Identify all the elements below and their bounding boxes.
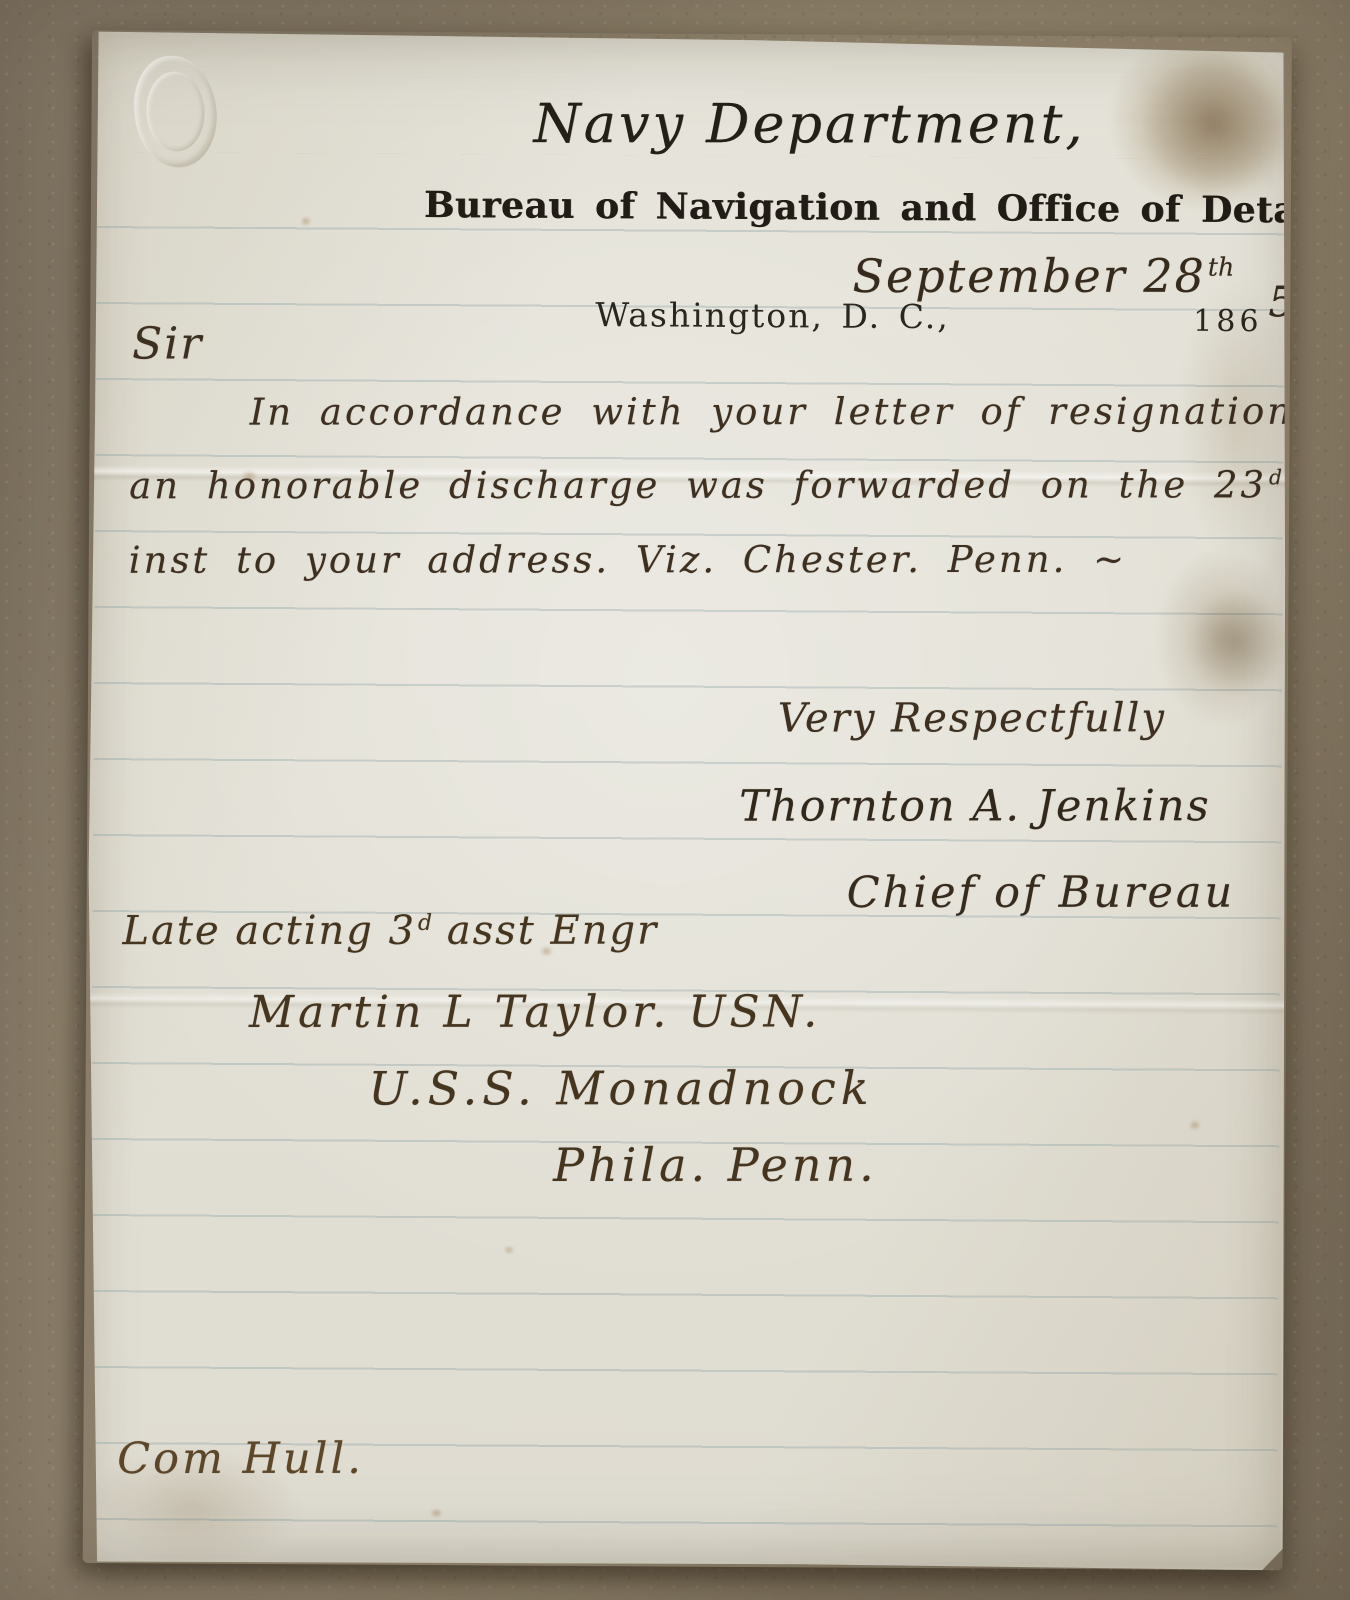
body-line-2-text: an honorable discharge was forwarded on … [129, 463, 1267, 507]
year-handwritten: 5 [1268, 277, 1295, 326]
photo-background: Navy Department, Bureau of Navigation an… [0, 0, 1350, 1600]
ink-flourish [1305, 302, 1331, 311]
handwritten-date: September 28th [852, 249, 1234, 303]
fox-spot [1187, 1119, 1202, 1132]
stain-right-middle [1146, 536, 1297, 737]
body-line-1: In accordance with your letter of resign… [250, 390, 1294, 434]
fox-spot [299, 215, 313, 227]
complimentary-close: Very Respectfully [778, 695, 1166, 741]
signature: Thornton A. Jenkins [739, 781, 1210, 831]
letterhead-bureau: Bureau of Navigation and Office of Detai… [424, 184, 1339, 232]
embossed-seal [131, 53, 220, 170]
addressee-line-4: Phila. Penn. [553, 1138, 878, 1192]
fox-spot [429, 1507, 444, 1519]
addressee-line-1-superscript: d [418, 910, 432, 935]
body-line-2-superscript: d [1269, 465, 1282, 489]
fox-spot [503, 1245, 516, 1256]
letterhead-department: Navy Department, [533, 92, 1085, 155]
addressee-line-1-rest: asst Engr [432, 908, 658, 954]
docket-note: Com Hull. [117, 1434, 364, 1484]
body-line-3: inst to your address. Viz. Chester. Penn… [129, 538, 1127, 582]
date-suffix: th [1208, 252, 1234, 281]
signer-title: Chief of Bureau [847, 868, 1236, 918]
stain-right-middle-core [1182, 582, 1293, 703]
letter-paper: Navy Department, Bureau of Navigation an… [83, 30, 1292, 1570]
date-text: September 28 [852, 249, 1205, 303]
addressee-line-1: Late acting 3d asst Engr [122, 908, 658, 954]
addressee-line-2: Martin L Taylor. USN. [249, 986, 821, 1037]
addressee-line-3: U.S.S. Monadnock [369, 1061, 874, 1115]
ruled-paper-lines [89, 152, 1286, 1561]
salutation: Sir [132, 318, 203, 369]
year-printed: 186 [1193, 304, 1262, 339]
addressee-line-1-pre: Late acting 3 [122, 908, 416, 954]
stain-top-right-core [1137, 44, 1298, 205]
body-line-2: an honorable discharge was forwarded on … [129, 463, 1282, 507]
